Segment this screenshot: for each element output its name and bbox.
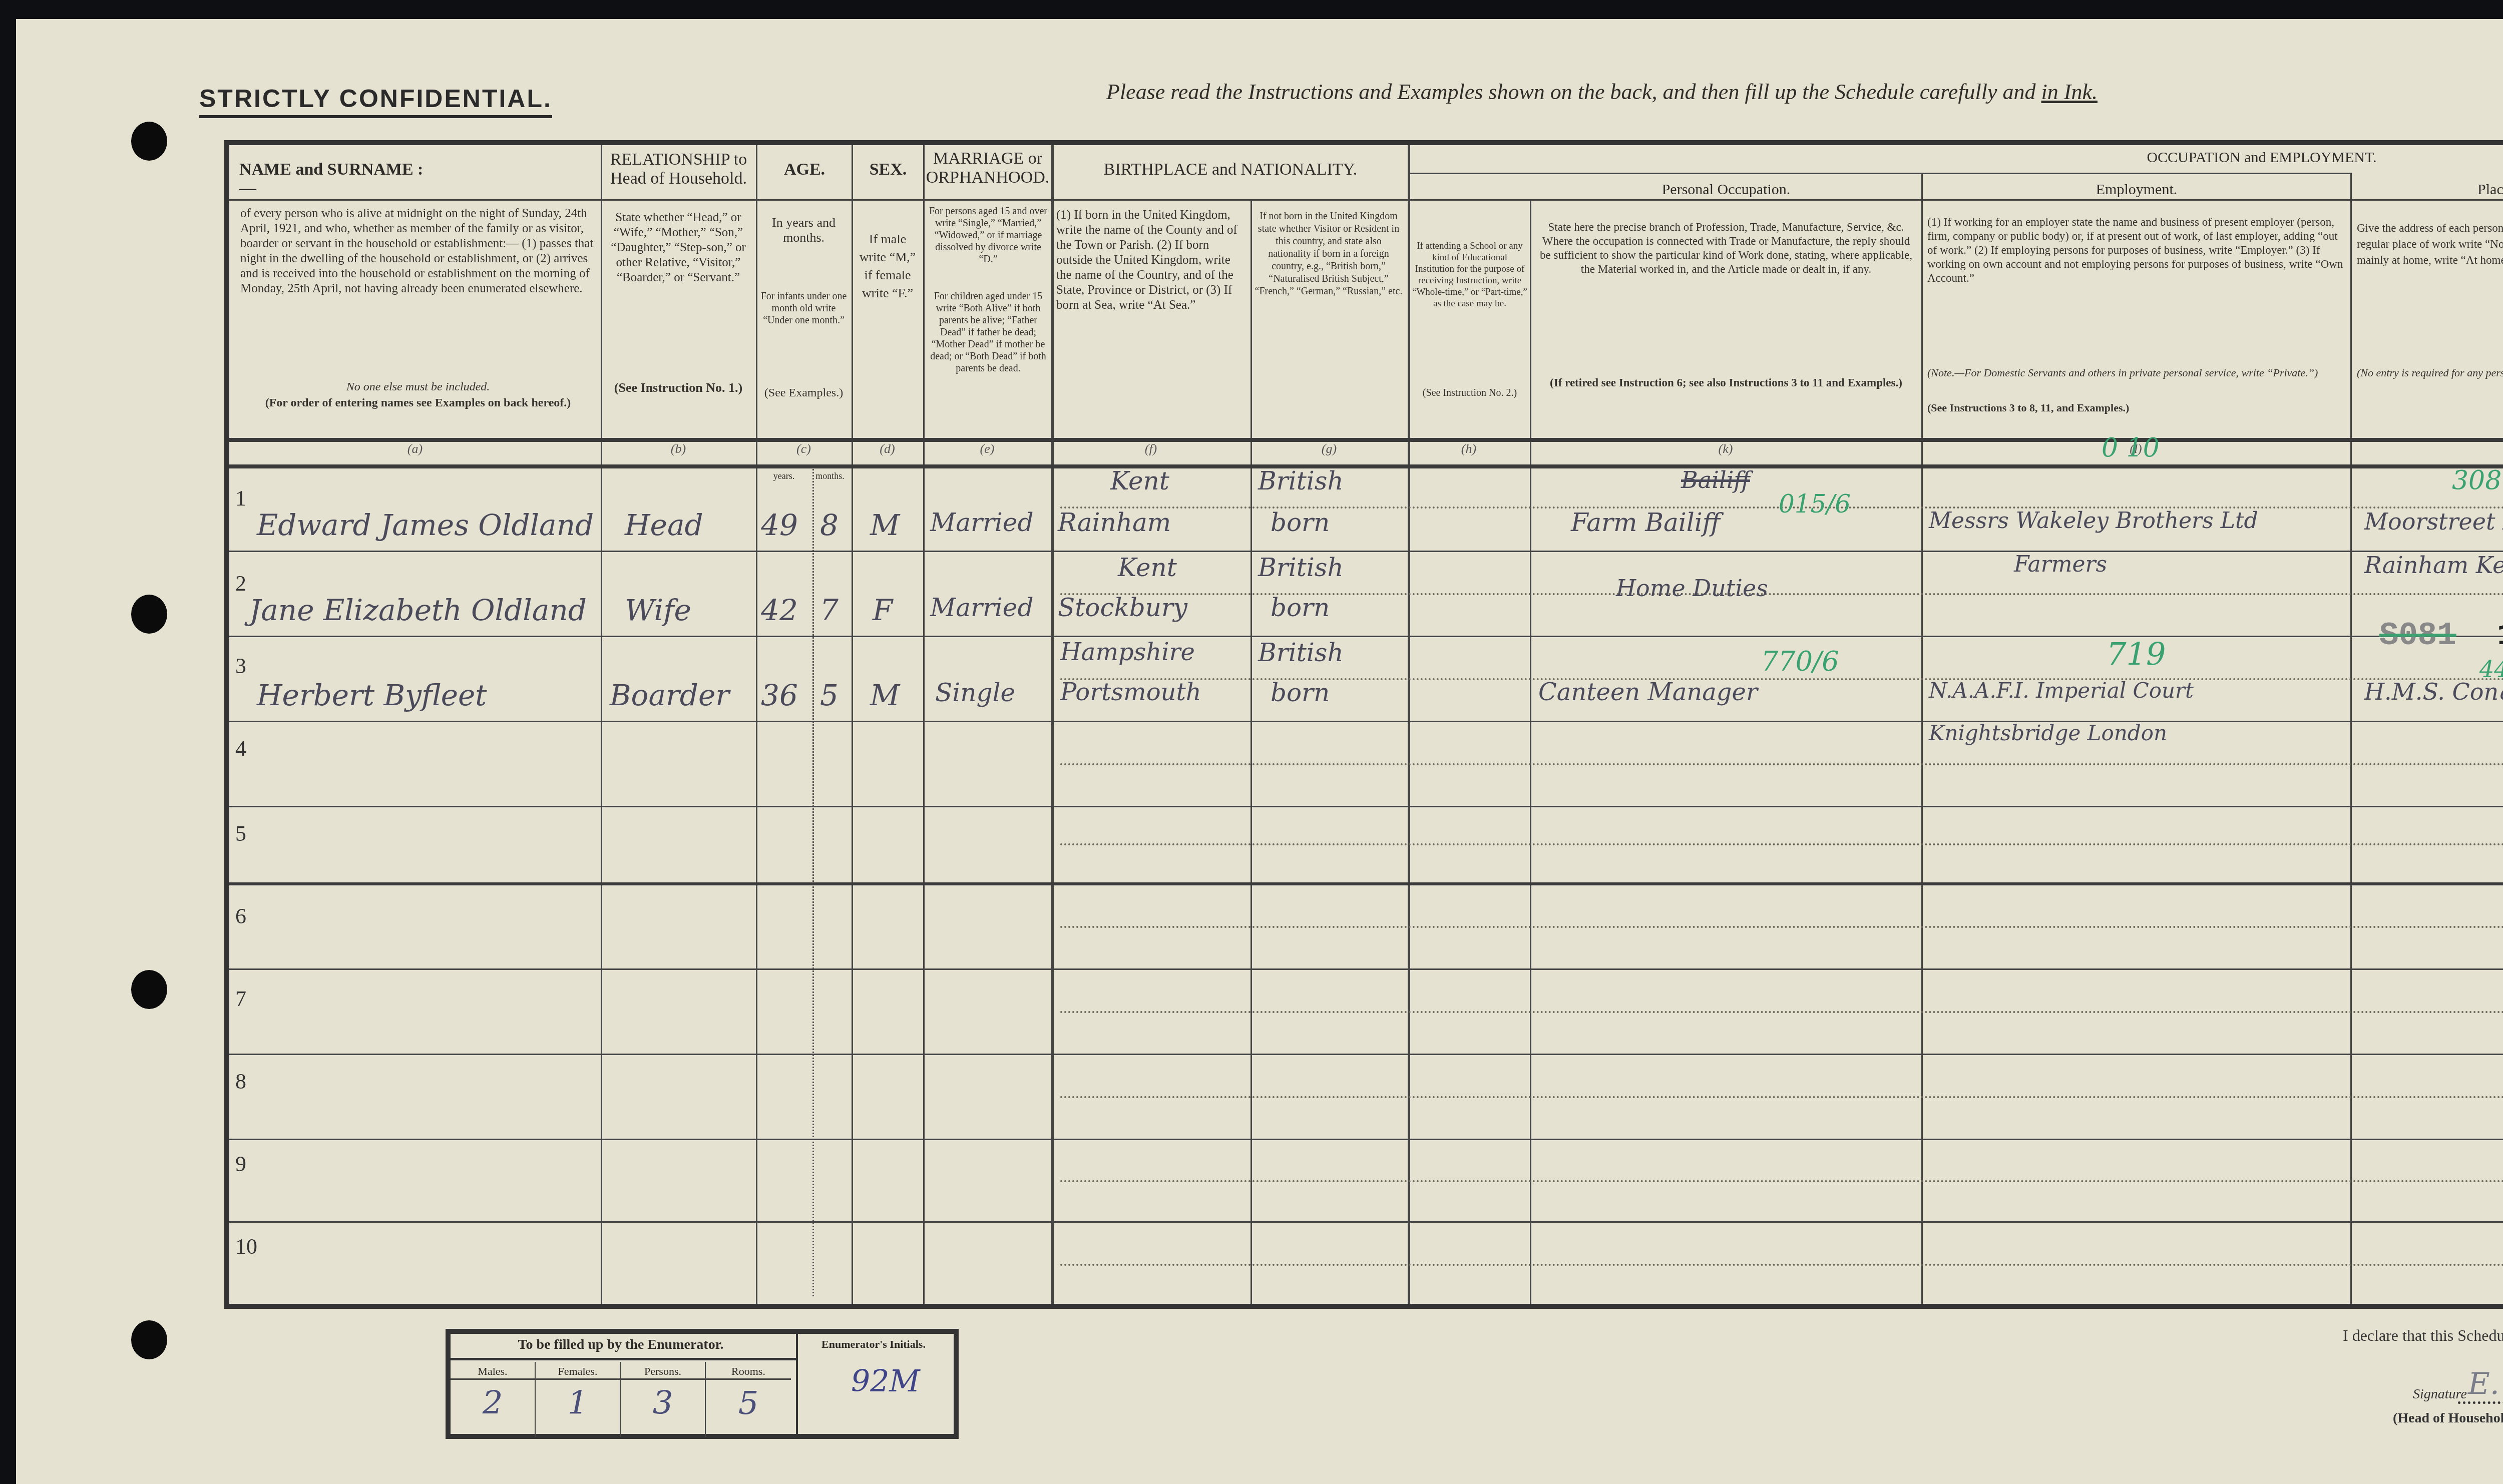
enumerator-box-title: To be filled up by the Enumerator. bbox=[451, 1337, 791, 1353]
cell-employer-2[interactable]: Farmers bbox=[2014, 552, 2107, 577]
cell-birth-county[interactable]: Kent bbox=[1118, 553, 1177, 582]
cell-age-months[interactable]: 8 bbox=[820, 508, 839, 542]
cell-name[interactable]: Jane Elizabeth Oldland bbox=[249, 593, 587, 627]
header-age: AGE. bbox=[757, 160, 852, 179]
instructions-personal-occupation: State here the precise branch of Profess… bbox=[1536, 220, 1916, 276]
instructions-relationship-see: (See Instruction No. 1.) bbox=[606, 380, 751, 395]
occupation-code: 770/6 bbox=[1761, 646, 1839, 677]
cell-nationality[interactable]: British bbox=[1258, 553, 1344, 582]
cell-name[interactable]: Herbert Byfleet bbox=[257, 678, 487, 712]
instructions-marriage-children: For children aged under 15 write “Both A… bbox=[927, 290, 1049, 374]
cell-employer-2[interactable]: Knightsbridge London bbox=[1929, 721, 2167, 745]
instructions-age: In years and months. bbox=[760, 215, 848, 245]
instructions-age-see: (See Examples.) bbox=[760, 385, 848, 400]
workplace-code: 308112 bbox=[2452, 465, 2503, 496]
cell-employer[interactable]: Messrs Wakeley Brothers Ltd bbox=[1929, 508, 2258, 534]
header-occupation: OCCUPATION and EMPLOYMENT. bbox=[1411, 148, 2503, 167]
instructions-relationship: State whether “Head,” or “Wife,” “Mother… bbox=[606, 210, 751, 285]
instructions-personal-occupation-see: (If retired see Instruction 6; see also … bbox=[1536, 375, 1916, 390]
punch-hole bbox=[131, 595, 167, 634]
stamp-struck: S081 bbox=[2379, 618, 2456, 654]
instructions-line: Please read the Instructions and Example… bbox=[1106, 79, 2098, 105]
cell-employer[interactable]: N.A.A.F.I. Imperial Court bbox=[1929, 678, 2194, 703]
persons-field[interactable]: Persons. 3 bbox=[621, 1362, 706, 1437]
confidential-title: STRICTLY CONFIDENTIAL. bbox=[199, 84, 552, 118]
cell-age-months[interactable]: 7 bbox=[820, 593, 839, 627]
cell-marriage[interactable]: Married bbox=[930, 508, 1033, 537]
instructions-employment-see: (See Instructions 3 to 8, 11, and Exampl… bbox=[1927, 400, 2345, 415]
instructions-place-of-work-note: (No entry is required for any person who… bbox=[2357, 365, 2503, 380]
cell-workplace-2[interactable]: Rainham Kent bbox=[2364, 552, 2503, 579]
cell-relationship[interactable]: Head bbox=[625, 508, 703, 542]
row-number: 4 bbox=[235, 736, 246, 761]
instructions-name-note: No one else must be included. bbox=[240, 379, 596, 394]
cell-birth-county[interactable]: Hampshire bbox=[1060, 638, 1195, 666]
signature-label: Signature bbox=[2413, 1386, 2467, 1402]
signature-line bbox=[2458, 1401, 2503, 1404]
census-table: NAME and SURNAME :— RELATIONSHIP to Head… bbox=[224, 140, 2503, 1309]
header-personal-occupation: Personal Occupation. bbox=[1531, 180, 1921, 199]
instructions-name: of every person who is alive at midnight… bbox=[240, 206, 596, 296]
header-place-of-work: Place of Work. bbox=[2352, 180, 2503, 199]
header-employment: Employment. bbox=[1923, 180, 2350, 199]
instructions-education: If attending a School or any kind of Edu… bbox=[1412, 240, 1528, 309]
cell-age-years[interactable]: 36 bbox=[761, 678, 798, 712]
header-marriage: MARRIAGE or ORPHANHOOD. bbox=[925, 149, 1050, 187]
enumerator-initials[interactable]: 92M bbox=[851, 1364, 920, 1399]
cell-relationship[interactable]: Boarder bbox=[610, 678, 729, 712]
cell-nationality-2[interactable]: born bbox=[1271, 678, 1330, 707]
cell-workplace[interactable]: H.M.S. Conquest bbox=[2364, 678, 2503, 705]
females-field[interactable]: Females. 1 bbox=[536, 1362, 621, 1437]
declaration-text: I declare that this Schedule is correctl… bbox=[2343, 1326, 2503, 1345]
punch-hole bbox=[131, 1320, 167, 1359]
cell-nationality-2[interactable]: born bbox=[1271, 508, 1330, 537]
row-number: 7 bbox=[235, 986, 246, 1012]
row-number: 10 bbox=[235, 1234, 257, 1259]
instructions-place-of-work: Give the address of each person's place … bbox=[2357, 220, 2503, 268]
enumerator-initials-title: Enumerator's Initials. bbox=[796, 1338, 951, 1351]
cell-occupation[interactable]: Canteen Manager bbox=[1538, 678, 1758, 706]
cell-sex[interactable]: F bbox=[873, 593, 893, 627]
signature-note: (Head of Household, Manager of Establish… bbox=[2393, 1410, 2503, 1426]
cell-relationship[interactable]: Wife bbox=[625, 593, 691, 627]
cell-marriage[interactable]: Married bbox=[930, 593, 1033, 622]
cell-sex[interactable]: M bbox=[870, 508, 900, 542]
cell-sex[interactable]: M bbox=[870, 678, 900, 712]
row-number: 8 bbox=[235, 1069, 246, 1094]
row-number: 5 bbox=[235, 821, 246, 846]
punch-hole bbox=[131, 970, 167, 1009]
cell-name[interactable]: Edward James Oldland bbox=[257, 508, 594, 542]
cell-age-years[interactable]: 42 bbox=[761, 593, 798, 627]
signature-field[interactable]: E. J. Oldland bbox=[2468, 1366, 2503, 1401]
males-field[interactable]: Males. 2 bbox=[451, 1362, 536, 1437]
instructions-education-see: (See Instruction No. 2.) bbox=[1412, 385, 1528, 400]
cell-nationality[interactable]: British bbox=[1258, 466, 1344, 496]
instructions-birthplace: (1) If born in the United Kingdom, write… bbox=[1056, 208, 1246, 313]
punch-hole bbox=[131, 122, 167, 161]
employer-code: 719 bbox=[2107, 636, 2166, 672]
cell-age-years[interactable]: 49 bbox=[761, 508, 798, 542]
cell-birth-town[interactable]: Portsmouth bbox=[1060, 678, 1201, 706]
cell-occupation[interactable]: Farm Bailiff bbox=[1571, 508, 1720, 537]
stamp-code: 12 bbox=[2497, 618, 2503, 654]
enumerator-box: To be filled up by the Enumerator. Enume… bbox=[446, 1329, 959, 1439]
cell-nationality[interactable]: British bbox=[1258, 638, 1344, 667]
cell-birth-county[interactable]: Kent bbox=[1110, 466, 1169, 496]
rooms-field[interactable]: Rooms. 5 bbox=[706, 1362, 791, 1437]
instructions-name-order: (For order of entering names see Example… bbox=[240, 395, 596, 410]
cell-birth-town[interactable]: Stockbury bbox=[1058, 593, 1187, 622]
row-number: 6 bbox=[235, 903, 246, 929]
employer-code: 0 10 bbox=[2102, 433, 2160, 463]
cell-age-months[interactable]: 5 bbox=[820, 678, 839, 712]
instructions-employment: (1) If working for an employer state the… bbox=[1927, 215, 2345, 285]
cell-workplace[interactable]: Moorstreet Farm bbox=[2364, 508, 2503, 535]
instructions-employment-note: (Note.—For Domestic Servants and others … bbox=[1927, 365, 2345, 380]
instructions-marriage: For persons aged 15 and over write “Sing… bbox=[927, 205, 1049, 265]
header-sex: SEX. bbox=[853, 160, 923, 179]
cell-occupation-struck: Bailiff bbox=[1681, 466, 1750, 493]
row-number: 2 bbox=[235, 571, 246, 596]
instructions-nationality: If not born in the United Kingdom state … bbox=[1254, 210, 1404, 298]
cell-birth-town[interactable]: Rainham bbox=[1058, 508, 1171, 537]
row-number: 9 bbox=[235, 1151, 246, 1177]
row-number: 3 bbox=[235, 653, 246, 679]
cell-marriage[interactable]: Single bbox=[935, 678, 1015, 707]
occupation-code: 015/6 bbox=[1779, 489, 1851, 519]
header-name: NAME and SURNAME :— bbox=[239, 160, 440, 198]
instructions-age-infants: For infants under one month old write “U… bbox=[760, 290, 848, 326]
instructions-sex: If male write “M,” if female write “F.” bbox=[855, 230, 920, 302]
row-number: 1 bbox=[235, 485, 246, 511]
cell-occupation[interactable]: Home Duties bbox=[1616, 575, 1768, 602]
cell-nationality-2[interactable]: born bbox=[1271, 593, 1330, 622]
header-relationship: RELATIONSHIP to Head of Household. bbox=[602, 150, 755, 188]
header-birthplace: BIRTHPLACE and NATIONALITY. bbox=[1053, 160, 1408, 179]
